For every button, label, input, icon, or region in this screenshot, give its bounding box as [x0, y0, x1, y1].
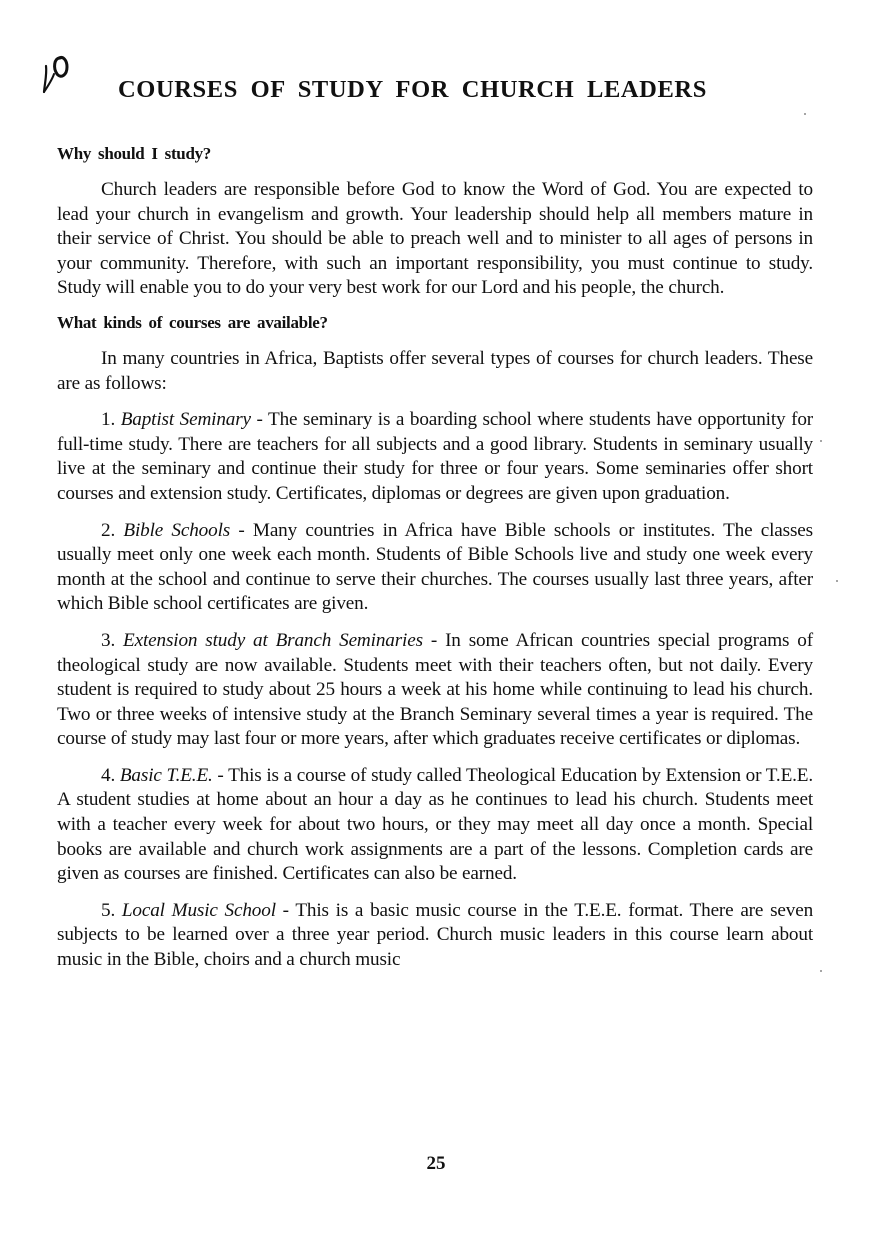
- item-number: 1.: [101, 409, 115, 430]
- item-term: Basic T.E.E.: [120, 765, 213, 786]
- scan-speck: [836, 580, 838, 582]
- item-term: Local Music School: [122, 900, 276, 921]
- item-number: 3.: [101, 630, 115, 651]
- list-item-baptist-seminary: 1. Baptist Seminary - The seminary is a …: [57, 408, 813, 506]
- list-item-extension-study: 3. Extension study at Branch Seminaries …: [57, 629, 813, 752]
- scan-speck: [820, 440, 822, 442]
- item-number: 4.: [101, 765, 115, 786]
- item-number: 5.: [101, 900, 115, 921]
- page-title: COURSES OF STUDY FOR CHURCH LEADERS: [118, 76, 758, 104]
- list-item-basic-tee: 4. Basic T.E.E. - This is a course of st…: [57, 764, 813, 887]
- list-item-local-music-school: 5. Local Music School - This is a basic …: [57, 899, 813, 973]
- paragraph-why-study: Church leaders are responsible before Go…: [57, 178, 813, 301]
- item-separator: -: [230, 520, 253, 541]
- section-heading-course-kinds: What kinds of courses are available?: [57, 311, 813, 335]
- document-body: Why should I study? Church leaders are r…: [57, 140, 813, 973]
- item-separator: -: [423, 630, 445, 651]
- paragraph-courses-intro: In many countries in Africa, Baptists of…: [57, 347, 813, 396]
- item-term: Bible Schools: [123, 520, 230, 541]
- item-separator: -: [213, 765, 228, 786]
- list-item-bible-schools: 2. Bible Schools - Many countries in Afr…: [57, 519, 813, 617]
- item-number: 2.: [101, 520, 115, 541]
- item-separator: -: [276, 900, 295, 921]
- page-number: 25: [0, 1153, 872, 1175]
- section-heading-why-study: Why should I study?: [57, 142, 813, 166]
- scan-speck: [820, 970, 822, 972]
- item-term: Extension study at Branch Seminaries: [123, 630, 423, 651]
- document-page: COURSES OF STUDY FOR CHURCH LEADERS Why …: [0, 0, 872, 1239]
- handwritten-page-mark-icon: [40, 52, 76, 98]
- item-term: Baptist Seminary: [121, 409, 251, 430]
- scan-speck: [804, 113, 806, 115]
- item-separator: -: [251, 409, 268, 430]
